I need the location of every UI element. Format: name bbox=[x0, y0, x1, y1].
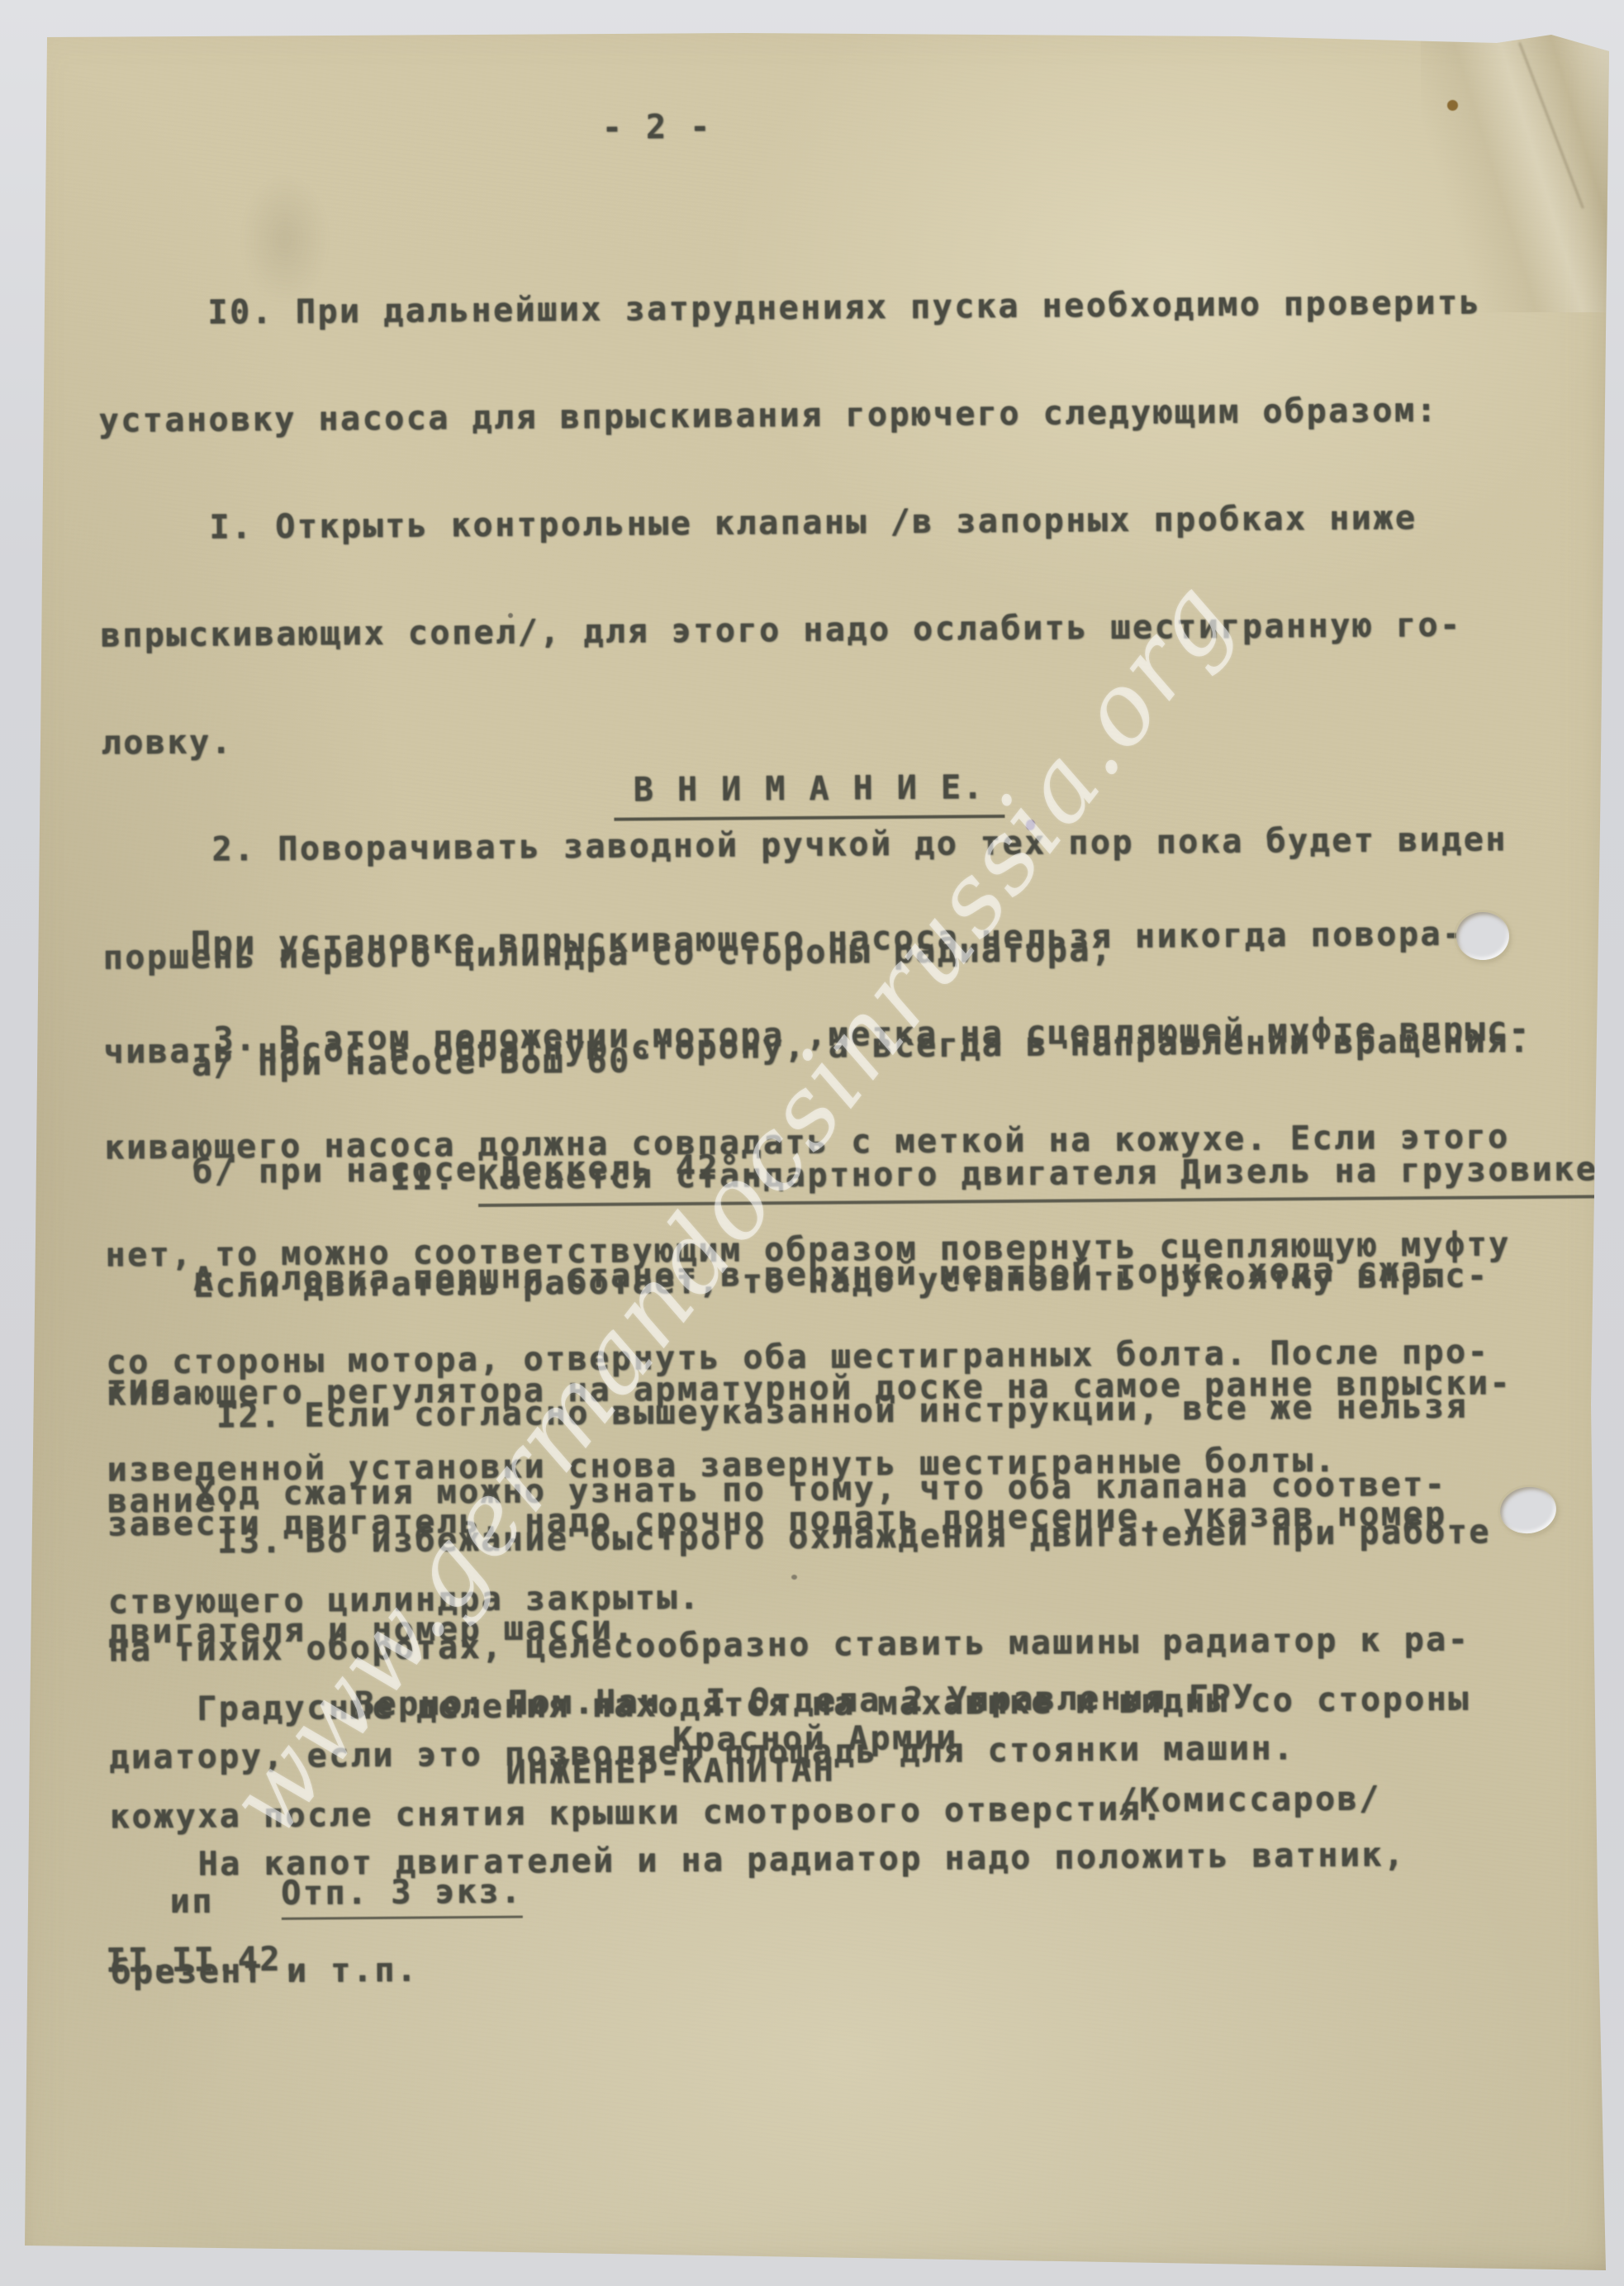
typed-line: I. Открыть контрольные клапаны /в запорн… bbox=[99, 501, 1504, 544]
copies-note-line: Отп. 3 экз. bbox=[105, 1845, 522, 1880]
signer-rank: ИНЖЕНЕР-КАПИТАН bbox=[506, 1755, 835, 1789]
attention-heading-line: В Н И М А Н И Е. bbox=[438, 740, 1004, 776]
typed-line: Если двигатель работает, то надо установ… bbox=[106, 1260, 1511, 1302]
typed-line: брезент и т.п. bbox=[111, 1946, 1494, 1988]
paper-speck bbox=[508, 613, 513, 618]
typist-initials: ип bbox=[170, 1886, 214, 1918]
paper-speck bbox=[791, 1575, 797, 1580]
paper-stain-spot bbox=[1447, 100, 1458, 111]
certification-line: Верно: Пом.Нач. I Отдела 2 Управления ГР… bbox=[354, 1682, 1255, 1721]
scanned-document-background: - 2 - I0. При дальнейших затруднениях пу… bbox=[0, 0, 1624, 2286]
typed-line: впрыскивающих сопел/, для этого надо осл… bbox=[101, 609, 1506, 651]
signer-name: /Комиссаров/ bbox=[1118, 1783, 1381, 1817]
attention-heading: В Н И М А Н И Е. bbox=[614, 768, 1005, 821]
typed-line: установку насоса для впрыскивания горюче… bbox=[98, 394, 1503, 436]
document-date: II.II.42. bbox=[106, 1944, 304, 1977]
typed-line: I3. Во избежание быстрого охлаждения дви… bbox=[107, 1516, 1491, 1558]
punch-hole-top bbox=[1456, 912, 1509, 960]
typed-line: I2. Если согласно вышеуказанной инструкц… bbox=[107, 1391, 1468, 1433]
typed-line: I0. При дальнейших затруднениях пуска не… bbox=[97, 287, 1503, 329]
copies-note: Отп. 3 экз. bbox=[281, 1873, 523, 1920]
page-number: - 2 - bbox=[602, 112, 712, 144]
